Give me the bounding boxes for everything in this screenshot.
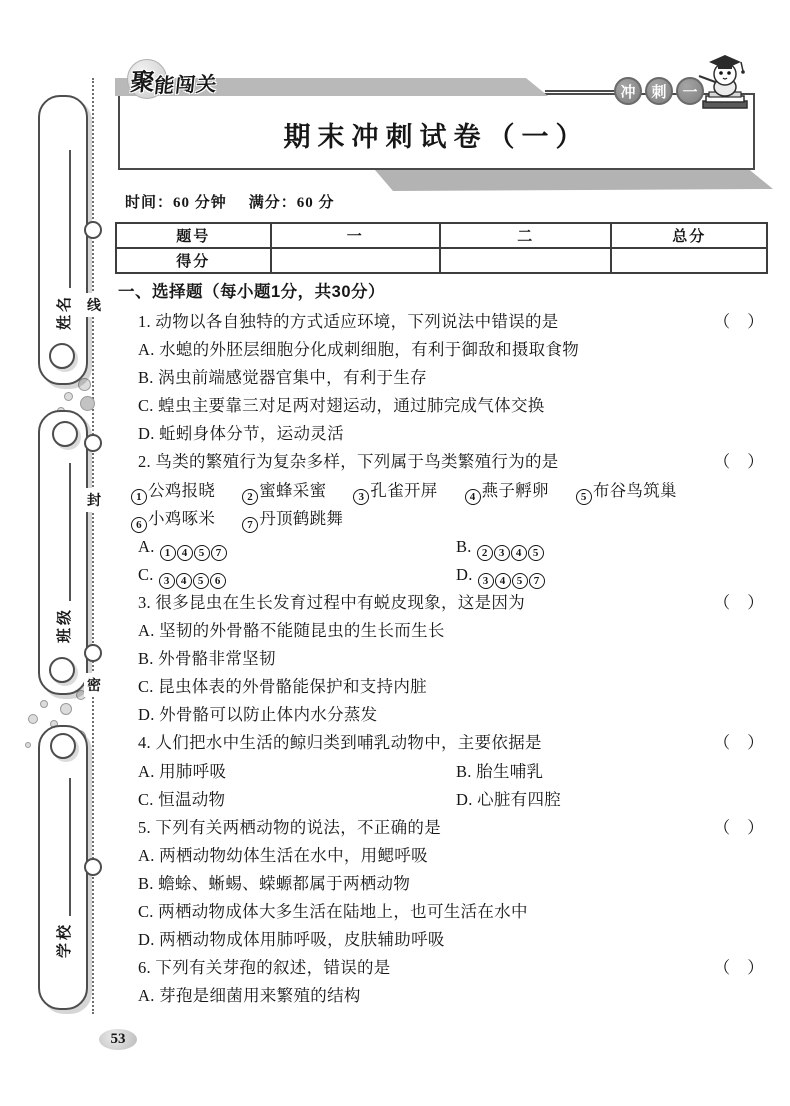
question-stem-text: 4. 人们把水中生活的鲸归类到哺乳动物中，主要依据是 (118, 729, 714, 757)
capsule-hole (50, 733, 76, 759)
question-block: 6. 下列有关芽孢的叙述，错误的是（ ）A. 芽孢是细菌用来繁殖的结构 (118, 954, 770, 1010)
bubble-decoration (25, 742, 31, 748)
question-stem-text: 5. 下列有关两栖动物的说法，不正确的是 (118, 814, 714, 842)
question-stem-text: 3. 很多昆虫在生长发育过程中有蜕皮现象，这是因为 (118, 589, 714, 617)
question-block: 2. 鸟类的繁殖行为复杂多样，下列属于鸟类繁殖行为的是（ ）1公鸡报晓2蜜蜂采蜜… (118, 448, 770, 588)
brand-logo-rest: 能闯关 (153, 73, 219, 97)
circled-number: 4 (176, 573, 192, 589)
seal-line-hole (84, 434, 102, 452)
answer-bracket: （ ） (714, 954, 764, 982)
time-limit-label: 时间：60 分钟 (125, 195, 227, 211)
class-field-label: 班级 (53, 607, 74, 643)
numbered-item: 3孔雀开屏 (353, 477, 437, 505)
question-stem: 1. 动物以各自独特的方式适应环境，下列说法中错误的是（ ） (118, 308, 770, 336)
option-row: A. 用肺呼吸B. 胎生哺乳 (118, 758, 770, 786)
class-field-rotated: 班级 (51, 458, 75, 648)
numbered-item: 4燕子孵卵 (465, 477, 549, 505)
score-table-header-row: 题号 一 二 总分 (116, 223, 767, 248)
bubble-decoration (64, 392, 73, 401)
score-table: 题号 一 二 总分 得分 (115, 222, 768, 274)
numbered-item: 1公鸡报晓 (131, 477, 215, 505)
option-letter: D. (456, 565, 473, 584)
circled-number: 1 (160, 545, 176, 561)
badge-ci: 刺 (645, 77, 673, 105)
circled-number: 7 (529, 573, 545, 589)
score-col-section-one: 一 (271, 223, 440, 248)
option-row: A.1457B.2345 (118, 533, 770, 561)
school-field-label: 学校 (53, 922, 74, 958)
score-col-question-number: 题号 (116, 223, 271, 248)
option-cell: D. 心脏有四腔 (456, 786, 770, 814)
bubble-decoration (40, 700, 48, 708)
option-cell: B. 胎生哺乳 (456, 758, 770, 786)
numbered-item-text: 布谷鸟筑巢 (593, 481, 677, 500)
question-stem: 4. 人们把水中生活的鲸归类到哺乳动物中，主要依据是（ ） (118, 729, 770, 757)
score-col-total: 总分 (611, 223, 767, 248)
option-row: C.3456D.3457 (118, 561, 770, 589)
section-heading: 一、选择题（每小题1分，共30分） (118, 277, 770, 308)
mascot-graduate-icon (696, 52, 752, 117)
option-cell: D.3457 (456, 561, 770, 589)
school-field-capsule: 学校 (38, 725, 88, 1010)
answer-bracket: （ ） (714, 729, 764, 757)
circled-number: 4 (495, 573, 511, 589)
circled-number: 3 (478, 573, 494, 589)
circled-number: 5 (528, 545, 544, 561)
circled-number: 4 (177, 545, 193, 561)
question-stem: 6. 下列有关芽孢的叙述，错误的是（ ） (118, 954, 770, 982)
capsule-hole (52, 421, 78, 447)
option-line: C. 两栖动物成体大多生活在陆地上，也可生活在水中 (118, 898, 770, 926)
seal-line-hole (84, 221, 102, 239)
bubble-decoration (60, 703, 72, 715)
option-line: C. 蝗虫主要靠三对足两对翅运动，通过肺完成气体交换 (118, 392, 770, 420)
question-section: 一、选择题（每小题1分，共30分） 1. 动物以各自独特的方式适应环境，下列说法… (118, 277, 770, 1010)
bubble-decoration (28, 714, 38, 724)
question-stem: 5. 下列有关两栖动物的说法，不正确的是（ ） (118, 814, 770, 842)
brand-logo: 聚能闯关 (129, 59, 220, 97)
option-cell: C.3456 (138, 561, 456, 589)
score-table-score-row: 得分 (116, 248, 767, 273)
seal-char-feng: 封 (84, 488, 104, 512)
numbered-item-text: 孔雀开屏 (370, 481, 437, 500)
circled-number: 4 (465, 489, 481, 505)
option-line: A. 水螅的外胚层细胞分化成刺细胞，有利于御敌和摄取食物 (118, 336, 770, 364)
circled-number: 6 (131, 517, 147, 533)
seal-line-hole (84, 858, 102, 876)
school-blank-line (69, 778, 71, 916)
circled-number: 5 (193, 573, 209, 589)
option-cell: C. 恒温动物 (138, 786, 456, 814)
circled-number: 3 (353, 489, 369, 505)
brand-logo-first-char: 聚 (129, 70, 156, 97)
option-line: B. 涡虫前端感觉器官集中，有利于生存 (118, 364, 770, 392)
circled-number: 5 (576, 489, 592, 505)
numbered-items-line: 6小鸡啄米7丹顶鹤跳舞 (118, 505, 770, 533)
question-stem: 3. 很多昆虫在生长发育过程中有蜕皮现象，这是因为（ ） (118, 589, 770, 617)
option-line: D. 外骨骼可以防止体内水分蒸发 (118, 701, 770, 729)
badge-connector-line (545, 90, 615, 92)
circled-number: 1 (131, 489, 147, 505)
circled-number: 2 (242, 489, 258, 505)
answer-bracket: （ ） (714, 589, 764, 617)
option-cell: A.1457 (138, 533, 456, 561)
option-line: C. 昆虫体表的外骨骼能保护和支持内脏 (118, 673, 770, 701)
circled-number: 2 (477, 545, 493, 561)
class-blank-line (69, 463, 71, 601)
capsule-hole (49, 657, 75, 683)
question-block: 1. 动物以各自独特的方式适应环境，下列说法中错误的是（ ）A. 水螅的外胚层细… (118, 308, 770, 448)
score-cell-empty (271, 248, 440, 273)
name-field-label: 姓名 (53, 294, 74, 330)
full-score-label: 满分：60 分 (249, 195, 335, 211)
school-field-rotated: 学校 (51, 773, 75, 963)
circled-number: 3 (159, 573, 175, 589)
option-line: B. 蟾蜍、蜥蜴、蝾螈都属于两栖动物 (118, 870, 770, 898)
option-row: C. 恒温动物D. 心脏有四腔 (118, 786, 770, 814)
numbered-item: 6小鸡啄米 (131, 505, 215, 533)
question-list: 1. 动物以各自独特的方式适应环境，下列说法中错误的是（ ）A. 水螅的外胚层细… (118, 308, 770, 1010)
question-stem-text: 1. 动物以各自独特的方式适应环境，下列说法中错误的是 (118, 308, 714, 336)
option-line: A. 芽孢是细菌用来繁殖的结构 (118, 982, 770, 1010)
capsule-hole (49, 343, 75, 369)
bubble-decoration (80, 396, 95, 411)
name-blank-line (69, 150, 71, 288)
seal-char-mi: 密 (84, 673, 104, 697)
option-cell: B.2345 (456, 533, 770, 561)
circled-number: 7 (242, 517, 258, 533)
numbered-item-text: 燕子孵卵 (482, 481, 549, 500)
score-col-section-two: 二 (440, 223, 611, 248)
page-number-badge: 53 (99, 1029, 137, 1050)
seal-line-hole (84, 644, 102, 662)
exam-title: 期末冲刺试卷（一） (284, 109, 590, 154)
answer-bracket: （ ） (714, 308, 764, 336)
numbered-item: 7丹顶鹤跳舞 (242, 505, 343, 533)
circled-number: 5 (512, 573, 528, 589)
badge-chong: 冲 (614, 77, 642, 105)
numbered-items-line: 1公鸡报晓2蜜蜂采蜜3孔雀开屏4燕子孵卵5布谷鸟筑巢 (118, 477, 770, 505)
answer-bracket: （ ） (714, 814, 764, 842)
question-block: 5. 下列有关两栖动物的说法，不正确的是（ ）A. 两栖动物幼体生活在水中，用鳃… (118, 814, 770, 954)
circled-number: 5 (194, 545, 210, 561)
question-block: 3. 很多昆虫在生长发育过程中有蜕皮现象，这是因为（ ）A. 坚韧的外骨骼不能随… (118, 589, 770, 729)
class-field-capsule: 班级 (38, 410, 88, 695)
option-line: D. 蚯蚓身体分节，运动灵活 (118, 420, 770, 448)
name-field-capsule: 姓名 (38, 95, 88, 385)
question-stem-text: 2. 鸟类的繁殖行为复杂多样，下列属于鸟类繁殖行为的是 (118, 448, 714, 476)
numbered-item-text: 公鸡报晓 (148, 481, 215, 500)
circled-number: 7 (211, 545, 227, 561)
circled-number: 4 (511, 545, 527, 561)
numbered-item-text: 小鸡啄米 (148, 509, 215, 528)
option-line: B. 外骨骼非常坚韧 (118, 645, 770, 673)
score-cell-empty (440, 248, 611, 273)
numbered-item-text: 丹顶鹤跳舞 (259, 509, 343, 528)
option-line: A. 两栖动物幼体生活在水中，用鳃呼吸 (118, 842, 770, 870)
name-field-rotated: 姓名 (51, 145, 75, 335)
question-stem-text: 6. 下列有关芽孢的叙述，错误的是 (118, 954, 714, 982)
answer-bracket: （ ） (714, 448, 764, 476)
option-line: D. 两栖动物成体用肺呼吸，皮肤辅助呼吸 (118, 926, 770, 954)
option-line: A. 坚韧的外骨骼不能随昆虫的生长而生长 (118, 617, 770, 645)
score-cell-empty (611, 248, 767, 273)
numbered-item: 5布谷鸟筑巢 (576, 477, 677, 505)
score-row-label: 得分 (116, 248, 271, 273)
option-cell: A. 用肺呼吸 (138, 758, 456, 786)
seal-char-line: 线 (84, 293, 104, 317)
exam-meta: 时间：60 分钟满分：60 分 (125, 191, 357, 212)
circled-number: 6 (210, 573, 226, 589)
circled-number: 3 (494, 545, 510, 561)
exam-paper-page: 线 封 密 姓名 班级 学校 (0, 0, 790, 1106)
question-stem: 2. 鸟类的繁殖行为复杂多样，下列属于鸟类繁殖行为的是（ ） (118, 448, 770, 476)
question-block: 4. 人们把水中生活的鲸归类到哺乳动物中，主要依据是（ ）A. 用肺呼吸B. 胎… (118, 729, 770, 813)
numbered-item-text: 蜜蜂采蜜 (259, 481, 326, 500)
numbered-item: 2蜜蜂采蜜 (242, 477, 326, 505)
option-letter: A. (138, 537, 155, 556)
option-letter: C. (138, 565, 154, 584)
option-letter: B. (456, 537, 472, 556)
